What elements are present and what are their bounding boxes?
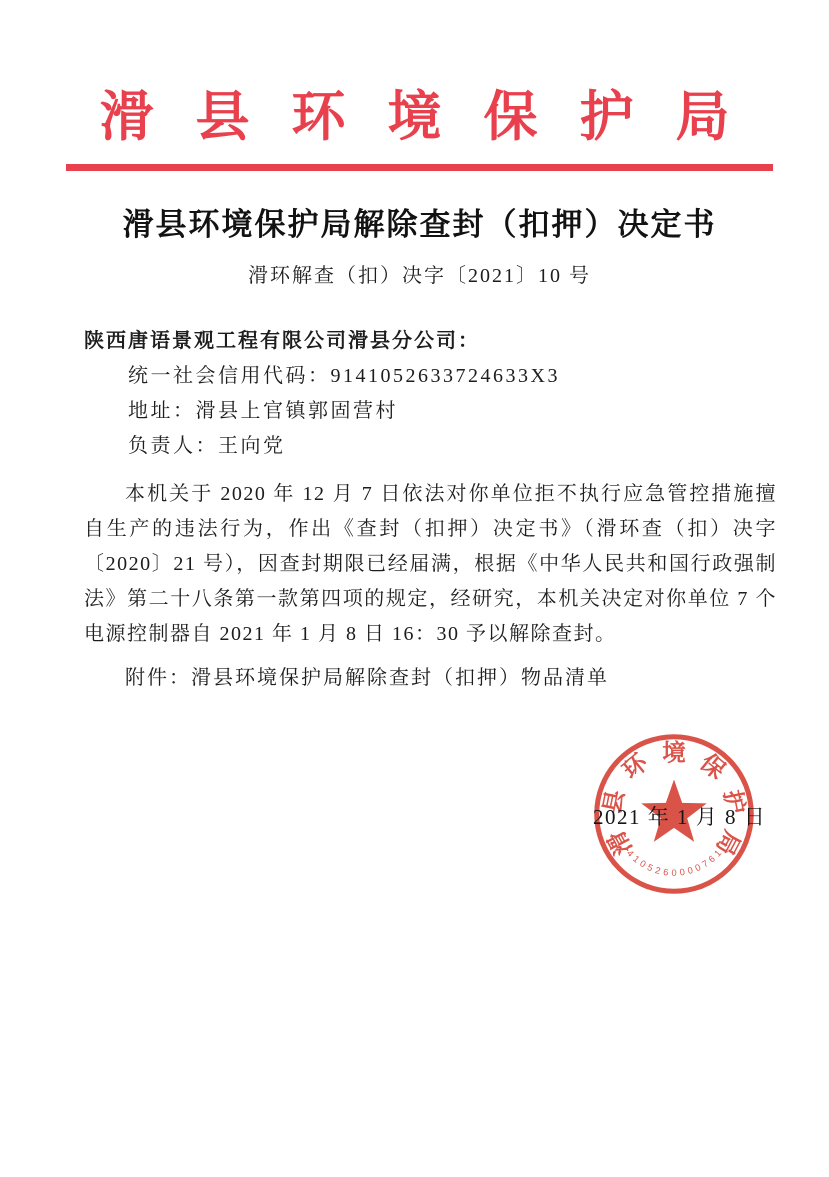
decision-body: 本机关于 2020 年 12 月 7 日依法对你单位拒不执行应急管控措施擅自生产… — [84, 477, 777, 652]
svg-text:2: 2 — [654, 865, 662, 876]
document-number: 滑环解查（扣）决字〔2021〕10 号 — [66, 259, 773, 288]
person-in-charge-value: 王向党 — [218, 435, 286, 457]
person-in-charge-label: 负责人： — [128, 435, 218, 457]
address-line: 地址：滑县上官镇郭固营村 — [128, 394, 777, 429]
address-value: 滑县上官镇郭固营村 — [196, 400, 399, 422]
svg-text:0: 0 — [638, 858, 648, 869]
signature-date: 2021 年 1 月 8 日 — [593, 801, 766, 831]
svg-text:0: 0 — [686, 865, 694, 876]
credit-code-value: 9141052633724633X3 — [331, 365, 560, 387]
document-title: 滑县环境保护局解除查封（扣押）决定书 — [66, 199, 773, 244]
recipient-name: 陕西唐语景观工程有限公司滑县分公司： — [84, 324, 777, 359]
svg-text:6: 6 — [663, 867, 669, 878]
svg-text:0: 0 — [671, 868, 676, 878]
agency-header: 滑县环境保护局 — [66, 86, 805, 148]
seal-code-text: 4105260000761 — [625, 848, 723, 878]
credit-code-label: 统一社会信用代码： — [128, 365, 331, 387]
attachment-line: 附件：滑县环境保护局解除查封（扣押）物品清单 — [84, 661, 777, 696]
header-rule — [66, 164, 773, 171]
address-label: 地址： — [128, 400, 196, 422]
credit-code-line: 统一社会信用代码：9141052633724633X3 — [128, 359, 777, 394]
svg-text:0: 0 — [694, 862, 703, 873]
document-page: 滑县环境保护局 滑县环境保护局解除查封（扣押）决定书 滑环解查（扣）决字〔202… — [0, 0, 829, 1177]
svg-text:0: 0 — [679, 867, 685, 878]
person-in-charge-line: 负责人：王向党 — [128, 429, 777, 464]
svg-text:5: 5 — [646, 862, 655, 873]
svg-text:境: 境 — [662, 739, 686, 767]
